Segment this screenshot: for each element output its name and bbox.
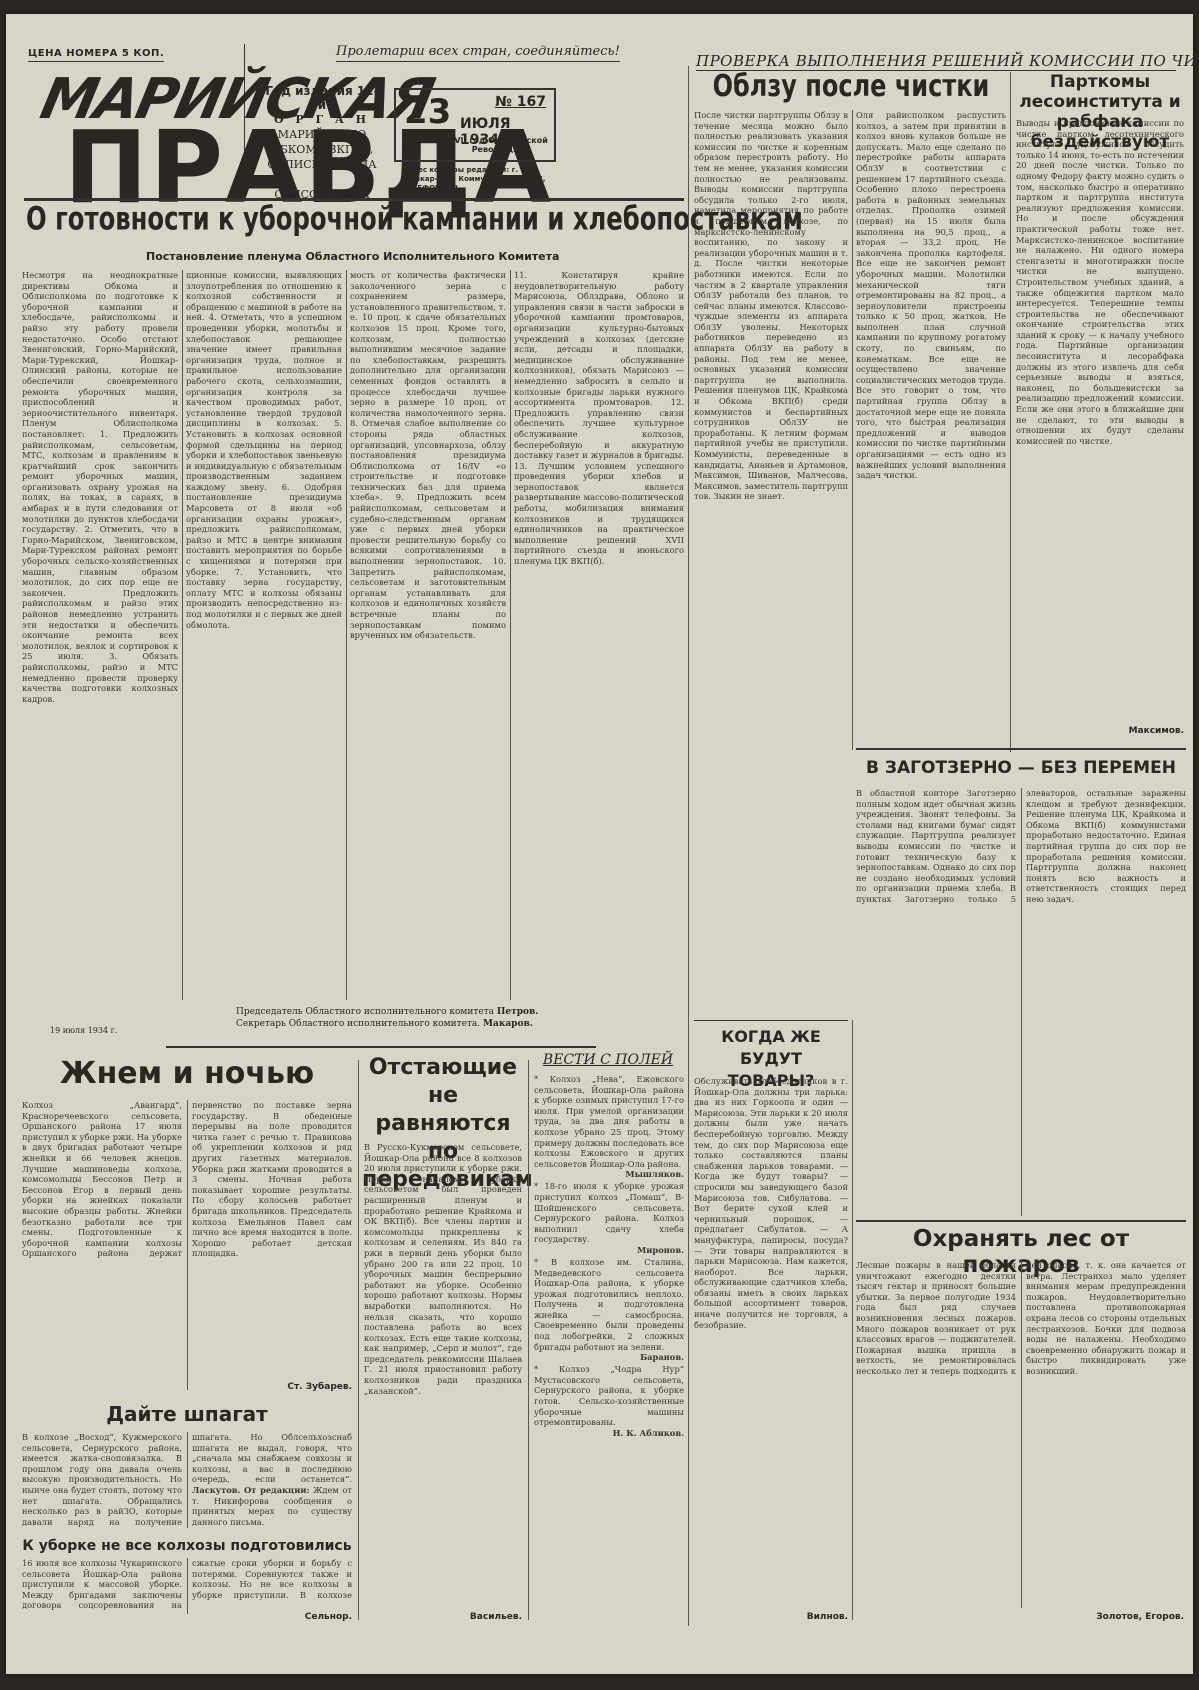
- field-news-list: * Колхоз „Нева“, Ежовского сельсовета, Й…: [534, 1074, 684, 1614]
- col-divider: [346, 270, 347, 1000]
- zagotzerno-text: В областной конторе Заготзерно полным хо…: [856, 788, 1186, 1216]
- col-divider: [528, 1060, 529, 1620]
- col-divider: [510, 270, 511, 1000]
- issue-number: № 167: [495, 94, 546, 110]
- laggards-text: В Русско-Кукморском сельсовете, Йошкар-О…: [364, 1142, 522, 1612]
- page-divider: [688, 66, 689, 1626]
- rule: [856, 1220, 1186, 1222]
- publisher-block: Год издания 12-й О Р Г А Н МАРИЙСКОГО ОБ…: [262, 84, 382, 202]
- not-ready-text: 16 июля все колхозы Чукаринского сельсов…: [22, 1558, 352, 1614]
- laggards-signature: Васильев.: [364, 1612, 522, 1622]
- field-news-item: * Колхоз „Нева“, Ежовского сельсовета, Й…: [534, 1074, 684, 1169]
- news-signature: Н. К. Абликов.: [613, 1428, 684, 1439]
- twine-headline: Дайте шпагат: [22, 1400, 352, 1428]
- news-signature: Миронов.: [637, 1245, 684, 1256]
- rule: [856, 748, 1186, 750]
- forest-fire-text: Лесные пожары в нашей области уничтожают…: [856, 1260, 1186, 1608]
- goods-text: Обслуживать хлебосдатчиков в г. Йошкар-О…: [694, 1076, 848, 1606]
- main-col-3: мость от количества фактически заколочен…: [350, 270, 506, 1000]
- not-ready-headline: К уборке не все колхозы подготовились: [22, 1538, 352, 1554]
- col-divider: [852, 1020, 853, 1620]
- editorial-address: Адрес конторы редакции: г. Йошкар-Ола, К…: [402, 166, 552, 193]
- zagotzerno-headline: В ЗАГОТЗЕРНО — БЕЗ ПЕРЕМЕН: [856, 758, 1186, 778]
- year-of-issue: Год издания 12-й: [262, 84, 382, 112]
- partkom-signature: Максимов.: [1016, 726, 1184, 736]
- twine-signature: Ласкутов.: [192, 1485, 240, 1495]
- organ-of-3: ОБЛИСПОЛКОМА и: [262, 157, 382, 187]
- partkom-text: Выводы и предложения комиссии по чистке …: [1016, 118, 1184, 724]
- news-text: В колхозе им. Сталина, Медведевского сел…: [534, 1257, 684, 1352]
- night-harvest-text: Колхоз „Авангард“, Красноречеевского сел…: [22, 1100, 352, 1390]
- field-news-item: * 18-го июля к уборке урожая приступил к…: [534, 1181, 684, 1245]
- news-text: 18-го июля к уборке урожая приступил кол…: [534, 1181, 684, 1244]
- main-col-2: щионные комиссии, выявляющих злоупотребл…: [186, 270, 342, 1000]
- twine-text: В колхозе „Восход“, Кужмерского сельсове…: [22, 1432, 352, 1528]
- editorial-note-label: От редакции:: [244, 1485, 310, 1495]
- col-divider: [1010, 72, 1011, 752]
- oblzu-headline: Облзу после чистки: [696, 69, 1006, 104]
- field-news-heading: ВЕСТИ С ПОЛЕЙ: [532, 1052, 684, 1068]
- organ-label: О Р Г А Н: [262, 112, 382, 127]
- revolution-year: XVII год Октябрьской Революции: [444, 136, 552, 154]
- date-box: 23 № 167 ИЮЛЯ 1934 г. XVII год Октябрьск…: [394, 88, 556, 162]
- field-news-item: * Колхоз „Чодра Нур“ Мустасовского сельс…: [534, 1364, 684, 1428]
- newspaper-page: ЦЕНА НОМЕРА 5 КОП. Пролетарии всех стран…: [6, 14, 1193, 1674]
- main-col-4: 11. Констатируя крайне неудовлетворитель…: [514, 270, 684, 1000]
- signature-name: Макаров.: [483, 1019, 533, 1029]
- main-date: 19 июля 1934 г.: [50, 1026, 117, 1035]
- col-divider: [358, 1060, 359, 1620]
- organ-of-2: ОБКОМА ВКП(б),: [262, 142, 382, 157]
- slogan: Пролетарии всех стран, соединяйтесь!: [336, 44, 620, 62]
- news-text: Колхоз „Нева“, Ежовского сельсовета, Йош…: [534, 1074, 684, 1169]
- signature-role: Председатель Областного исполнительного …: [236, 1007, 494, 1017]
- rule: [694, 1020, 848, 1021]
- night-harvest-headline: Жнем и ночью: [22, 1060, 352, 1088]
- night-harvest-signature: Ст. Зубарев.: [22, 1382, 352, 1392]
- organ-of-1: МАРИЙСКОГО: [262, 127, 382, 142]
- date-day: 23: [404, 92, 451, 132]
- issue-price: ЦЕНА НОМЕРА 5 КОП.: [28, 48, 164, 62]
- goods-signature: Вилнов.: [694, 1612, 848, 1622]
- news-signature: Баранов.: [640, 1352, 684, 1363]
- oblzu-col-2: Оля райисполком распустить колхоз, а зат…: [856, 110, 1006, 750]
- col-divider: [852, 110, 853, 750]
- forest-fire-signature: Золотов, Егоров.: [1016, 1612, 1184, 1622]
- signature-name: Петров.: [497, 1007, 538, 1017]
- field-news-item: * В колхозе им. Сталина, Медведевского с…: [534, 1257, 684, 1352]
- signature-role: Секретарь Областного исполнительного ком…: [236, 1019, 480, 1029]
- oblzu-col-1: После чистки партгруппы Облзу в течение …: [694, 110, 848, 950]
- news-signature: Мышляков.: [625, 1169, 684, 1180]
- main-signatures: Председатель Областного исполнительного …: [236, 1006, 538, 1030]
- main-headline: О готовности к уборочной кампании и хлеб…: [26, 201, 686, 238]
- main-col-1: Несмотря на неоднократные директивы Обко…: [22, 270, 178, 1000]
- not-ready-signature: Сельнор.: [22, 1612, 352, 1622]
- news-text: Колхоз „Чодра Нур“ Мустасовского сельсов…: [534, 1364, 684, 1427]
- main-subheadline: Постановление пленума Областного Исполни…: [146, 250, 559, 263]
- col-divider: [182, 270, 183, 1000]
- rule: [166, 1046, 596, 1048]
